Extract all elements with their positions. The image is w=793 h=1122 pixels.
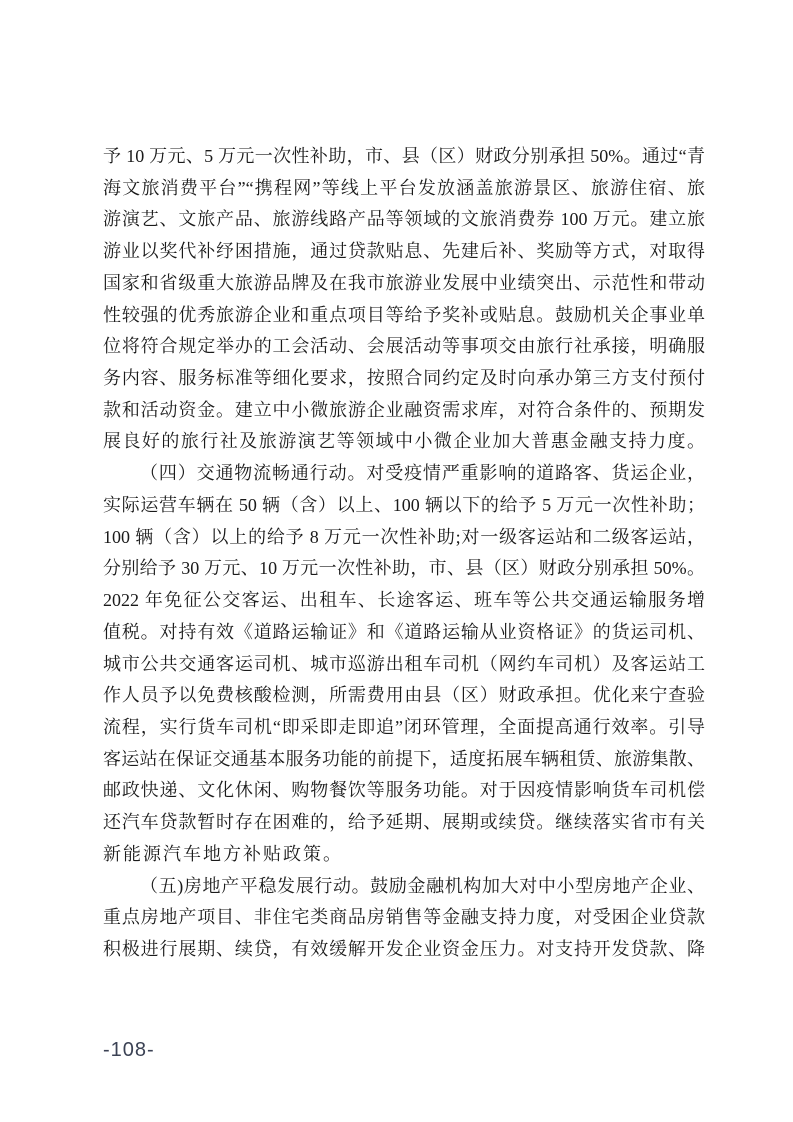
text-line: 位将符合规定举办的工会活动、会展活动等事项交由旅行社承接，明确服 [103,331,705,363]
text-line: 重点房地产项目、非住宅类商品房销售等金融支持力度，对受困企业贷款 [103,902,705,934]
text-line: 实际运营车辆在 50 辆（含）以上、100 辆以下的给予 5 万元一次性补助； [103,490,705,522]
document-body: 予 10 万元、5 万元一次性补助，市、县（区）财政分别承担 50%。通过“青海… [103,141,705,966]
text-line: 流程，实行货车司机“即采即走即追”闭环管理，全面提高通行效率。引导 [103,712,705,744]
text-line: 新能源汽车地方补贴政策。 [103,839,705,871]
text-line: （四）交通物流畅通行动。对受疫情严重影响的道路客、货运企业， [103,458,705,490]
text-line: 国家和省级重大旅游品牌及在我市旅游业发展中业绩突出、示范性和带动 [103,268,705,300]
document-page: 予 10 万元、5 万元一次性补助，市、县（区）财政分别承担 50%。通过“青海… [0,0,793,1122]
text-line: 作人员予以免费核酸检测，所需费用由县（区）财政承担。优化来宁查验 [103,680,705,712]
text-line: 还汽车贷款暂时存在困难的，给予延期、展期或续贷。继续落实省市有关 [103,807,705,839]
text-line: 客运站在保证交通基本服务功能的前提下，适度拓展车辆租赁、旅游集散、 [103,744,705,776]
text-line: 邮政快递、文化休闲、购物餐饮等服务功能。对于因疫情影响货车司机偿 [103,775,705,807]
text-line: （五)房地产平稳发展行动。鼓励金融机构加大对中小型房地产企业、 [103,871,705,903]
text-line: 游演艺、文旅产品、旅游线路产品等领域的文旅消费券 100 万元。建立旅 [103,204,705,236]
text-line: 2022 年免征公交客运、出租车、长途客运、班车等公共交通运输服务增 [103,585,705,617]
page-number: -108- [103,1037,155,1063]
text-line: 务内容、服务标准等细化要求，按照合同约定及时向承办第三方支付预付 [103,363,705,395]
text-line: 海文旅消费平台”“携程网”等线上平台发放涵盖旅游景区、旅游住宿、旅 [103,173,705,205]
text-line: 展良好的旅行社及旅游演艺等领域中小微企业加大普惠金融支持力度。 [103,426,705,458]
text-line: 分别给予 30 万元、10 万元一次性补助，市、县（区）财政分别承担 50%。 [103,553,705,585]
text-line: 积极进行展期、续贷，有效缓解开发企业资金压力。对支持开发贷款、降 [103,934,705,966]
text-line: 100 辆（含）以上的给予 8 万元一次性补助;对一级客运站和二级客运站， [103,522,705,554]
text-line: 城市公共交通客运司机、城市巡游出租车司机（网约车司机）及客运站工 [103,649,705,681]
text-line: 款和活动资金。建立中小微旅游企业融资需求库，对符合条件的、预期发 [103,395,705,427]
text-line: 游业以奖代补纾困措施，通过贷款贴息、先建后补、奖励等方式，对取得 [103,236,705,268]
text-line: 性较强的优秀旅游企业和重点项目等给予奖补或贴息。鼓励机关企事业单 [103,300,705,332]
text-line: 予 10 万元、5 万元一次性补助，市、县（区）财政分别承担 50%。通过“青 [103,141,705,173]
text-line: 值税。对持有效《道路运输证》和《道路运输从业资格证》的货运司机、 [103,617,705,649]
